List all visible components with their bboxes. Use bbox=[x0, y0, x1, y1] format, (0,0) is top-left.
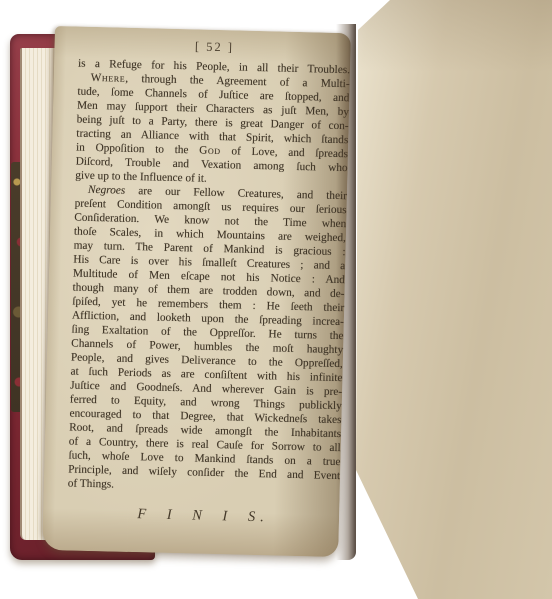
italic-word: Negroes bbox=[88, 184, 126, 197]
small-caps-word: Where bbox=[91, 72, 126, 85]
right-blank-page bbox=[352, 0, 552, 599]
gutter-shadow bbox=[336, 24, 356, 560]
left-page: [ 52 ] is a Refuge for his People, in al… bbox=[42, 26, 351, 557]
text-segment: of Things. bbox=[68, 477, 115, 490]
small-caps-word: God bbox=[199, 145, 221, 158]
photo-of-open-book: [ 52 ] is a Refuge for his People, in al… bbox=[0, 0, 552, 599]
text-block: is a Refuge for his People, in all their… bbox=[68, 57, 351, 498]
